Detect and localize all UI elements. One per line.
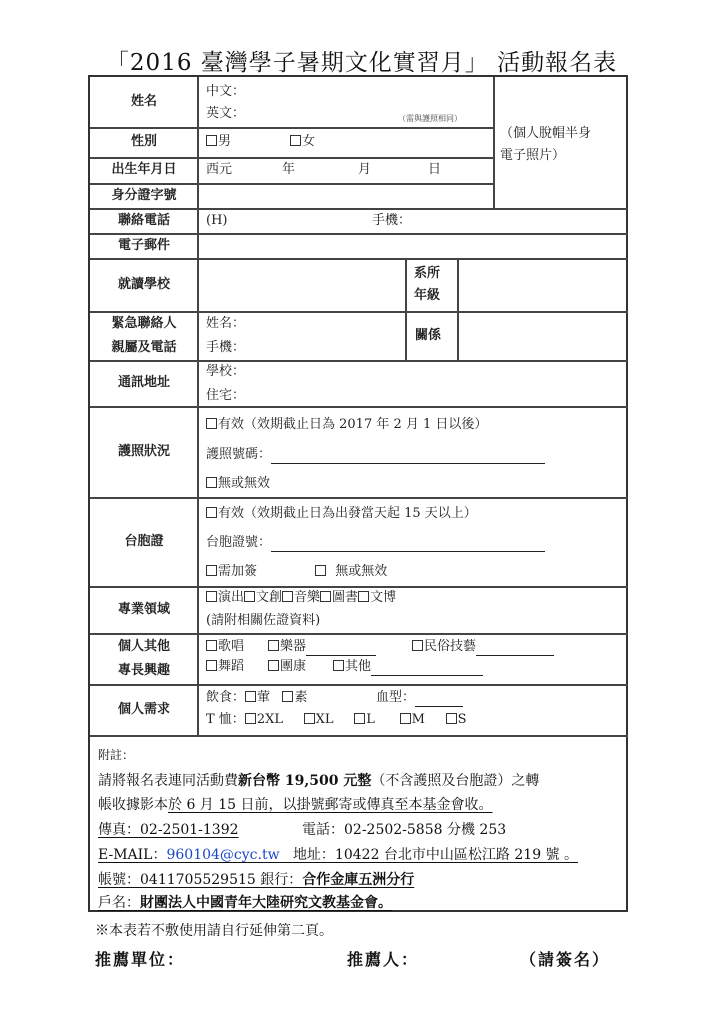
option-label: 樂器 xyxy=(280,639,306,654)
label-department-grade: 系所 年級 xyxy=(414,263,440,307)
option-label: 2XL xyxy=(257,712,283,727)
note-text: （不含護照及台胞證）之轉 xyxy=(371,773,539,789)
underline xyxy=(271,449,545,464)
option-label: 無或無效 xyxy=(335,564,387,579)
field-option-creative[interactable]: 文創 xyxy=(244,590,282,605)
hobby-folk-option[interactable]: 民俗技藝 xyxy=(412,638,554,656)
account-label: 帳號：0411705529515 銀行： xyxy=(98,872,302,888)
label-text: 專業領域 xyxy=(118,598,170,622)
label-text: 性別 xyxy=(131,130,157,154)
photo-placeholder[interactable]: （個人脫帽半身 電子照片） xyxy=(500,123,591,167)
gender-female-option[interactable]: 女 xyxy=(290,133,315,151)
checkbox[interactable] xyxy=(268,640,279,651)
department-grade-field[interactable] xyxy=(459,259,627,310)
birthdate-year[interactable]: 年 xyxy=(282,161,295,179)
option-label: XL xyxy=(316,712,334,727)
checkbox[interactable] xyxy=(446,713,457,724)
name-chinese-field[interactable]: 中文： xyxy=(206,83,245,101)
option-label: 其他 xyxy=(345,659,371,674)
field-option-library[interactable]: 圖書 xyxy=(320,590,358,605)
field-label: 台胞證號： xyxy=(206,535,271,550)
option-label: 歌唱 xyxy=(218,639,244,654)
referrer-label: 推薦人： xyxy=(347,947,419,970)
notes-line1: 請將報名表連同活動費新台幣 19,500 元整（不含護照及台胞證）之轉 xyxy=(98,771,539,791)
photo-note-line1: （個人脫帽半身 xyxy=(500,123,591,145)
label-passport: 護照狀況 xyxy=(90,406,198,497)
option-label: 文創 xyxy=(256,590,282,605)
checkbox[interactable] xyxy=(358,591,369,602)
passport-number-field[interactable]: 護照號碼： xyxy=(206,446,545,464)
label-name: 姓名 xyxy=(90,77,198,127)
label-text: 聯絡電話 xyxy=(118,209,170,233)
field-label: 血型： xyxy=(376,690,415,705)
checkbox[interactable] xyxy=(290,135,301,146)
passport-invalid-option[interactable]: 無或無效 xyxy=(206,475,270,493)
label-school: 就讀學校 xyxy=(90,258,198,311)
label-relation: 關係 xyxy=(415,327,441,345)
deadline-text: 於 6 月 15 日前，以掛號郵寄或傳真至本基金會收。 xyxy=(168,797,493,813)
label-text: 親屬及電話 xyxy=(111,336,176,360)
email-link[interactable]: 960104@cyc.tw xyxy=(166,847,279,863)
option-label: 有效（效期截止日為 2017 年 2 月 1 日以後） xyxy=(218,417,487,432)
checkbox[interactable] xyxy=(304,713,315,724)
gender-male-option[interactable]: 男 xyxy=(206,133,231,151)
label-emergency-contact: 緊急聯絡人 親屬及電話 xyxy=(90,311,198,360)
hobby-other-option[interactable]: 其他 xyxy=(333,658,483,676)
divider xyxy=(405,258,407,360)
checkbox[interactable] xyxy=(206,565,217,576)
school-field[interactable] xyxy=(199,259,404,310)
checkbox[interactable] xyxy=(206,418,217,429)
checkbox[interactable] xyxy=(282,591,293,602)
divider xyxy=(90,735,628,737)
label-birthdate: 出生年月日 xyxy=(90,157,198,183)
label-text: 年級 xyxy=(414,285,440,307)
underline xyxy=(371,661,483,676)
note-text: 請將報名表連同活動費 xyxy=(98,773,238,789)
birthdate-month[interactable]: 月 xyxy=(358,161,371,179)
option-label: 男 xyxy=(218,134,231,149)
label-phone: 聯絡電話 xyxy=(90,208,198,233)
label-text: 身分證字號 xyxy=(111,184,176,208)
checkbox[interactable] xyxy=(333,660,344,671)
emergency-name-field[interactable]: 姓名： xyxy=(206,315,245,333)
mtp-valid-option[interactable]: 有效（效期截止日為出發當天起 15 天以上） xyxy=(206,505,477,523)
underline xyxy=(476,641,554,656)
field-note: (請附相關佐證資料) xyxy=(206,612,320,630)
id-number-field[interactable] xyxy=(199,184,492,207)
checkbox[interactable] xyxy=(320,591,331,602)
label-text: 姓名 xyxy=(131,90,157,114)
bank-name: 合作金庫五洲分行 xyxy=(302,872,414,888)
extend-note: ※本表若不敷使用請自行延伸第二頁。 xyxy=(95,920,333,940)
option-label: 團康 xyxy=(280,659,306,674)
option-label: M xyxy=(412,712,425,727)
diet-meat-option[interactable]: 葷 xyxy=(245,690,270,705)
tshirt-s-option[interactable]: S xyxy=(446,712,467,727)
tshirt-m-option[interactable]: M xyxy=(400,712,425,727)
option-label: 舞蹈 xyxy=(218,659,244,674)
label-mtp: 台胞證 xyxy=(90,497,198,586)
option-label: 女 xyxy=(302,134,315,149)
checkbox[interactable] xyxy=(268,660,279,671)
checkbox[interactable] xyxy=(315,565,326,576)
underline xyxy=(415,692,463,707)
label-id-number: 身分證字號 xyxy=(90,183,198,208)
bank-account-line: 帳號：0411705529515 銀行：合作金庫五洲分行 xyxy=(98,870,414,890)
option-label: 圖書 xyxy=(332,590,358,605)
checkbox[interactable] xyxy=(206,660,217,671)
checkbox[interactable] xyxy=(245,691,256,702)
divider xyxy=(493,77,495,208)
checkbox[interactable] xyxy=(400,713,411,724)
signature-note: （請簽名） xyxy=(520,947,610,970)
mailing-address: 地址：10422 台北市中山區松江路 219 號 。 xyxy=(293,847,578,863)
notes-heading: 附註： xyxy=(98,745,134,765)
option-label: 素 xyxy=(294,690,307,705)
label-text: 護照狀況 xyxy=(118,440,170,464)
checkbox[interactable] xyxy=(282,691,293,702)
label-needs: 個人需求 xyxy=(90,684,198,735)
field-label: 護照號碼： xyxy=(206,447,271,462)
tshirt-2xl-option[interactable]: 2XL xyxy=(245,712,283,727)
emergency-mobile-field[interactable]: 手機： xyxy=(206,339,245,357)
mtp-invalid-option[interactable]: 無或無效 xyxy=(315,563,387,581)
label-text: 通訊地址 xyxy=(118,371,170,395)
holder-name: 財團法人中國青年大陸研究文教基金會。 xyxy=(140,895,392,911)
label-text: 電子郵件 xyxy=(118,234,170,258)
diet-veg-option[interactable]: 素 xyxy=(282,690,307,705)
label-text: 系所 xyxy=(414,263,440,285)
note-text: 帳收據影本 xyxy=(98,797,168,813)
field-option-performance[interactable]: 演出 xyxy=(206,590,244,605)
hobby-instrument-option[interactable]: 樂器 xyxy=(268,638,376,656)
account-holder-line: 戶名：財團法人中國青年大陸研究文教基金會。 xyxy=(98,893,392,913)
checkbox[interactable] xyxy=(354,713,365,724)
hobby-dance-option[interactable]: 舞蹈 xyxy=(206,658,244,676)
mtp-number-field[interactable]: 台胞證號： xyxy=(206,534,545,552)
mtp-endorse-option[interactable]: 需加簽 xyxy=(206,563,257,581)
label-text: 就讀學校 xyxy=(118,273,170,297)
fee-amount: 新台幣 19,500 元整 xyxy=(238,773,371,789)
field-option-museum[interactable]: 文博 xyxy=(358,590,396,605)
option-label: 民俗技藝 xyxy=(424,639,476,654)
label-text: 專長興趣 xyxy=(118,659,170,683)
phone-number: 電話：02-2502-5858 分機 253 xyxy=(302,820,506,840)
option-label: 需加簽 xyxy=(218,564,257,579)
blood-type-field[interactable]: 血型： xyxy=(376,689,463,707)
option-label: 音樂 xyxy=(294,590,320,605)
label-text: 緊急聯絡人 xyxy=(111,312,176,336)
checkbox[interactable] xyxy=(206,640,217,651)
diet-row: 飲食：葷 素 xyxy=(206,689,307,707)
address-home-field[interactable]: 住宅： xyxy=(206,387,245,405)
address-school-field[interactable]: 學校： xyxy=(206,363,245,381)
label-hobbies: 個人其他 專長興趣 xyxy=(90,633,198,684)
option-label: L xyxy=(366,712,375,727)
tshirt-row: T 恤：2XL XL L M S xyxy=(206,711,467,729)
underline xyxy=(306,641,376,656)
phone-mobile-field[interactable]: 手機： xyxy=(372,212,411,230)
option-label: 文博 xyxy=(370,590,396,605)
name-english-note: （需與護照相同） xyxy=(398,110,462,128)
email-label: E-MAIL： xyxy=(98,847,166,863)
hobby-singing-option[interactable]: 歌唱 xyxy=(206,638,244,656)
label-text: 出生年月日 xyxy=(111,158,176,182)
recommending-unit-label: 推薦單位： xyxy=(95,947,185,970)
label-email: 電子郵件 xyxy=(90,233,198,258)
label-address: 通訊地址 xyxy=(90,360,198,406)
checkbox[interactable] xyxy=(245,713,256,724)
field-option-music[interactable]: 音樂 xyxy=(282,590,320,605)
label-text: 台胞證 xyxy=(124,530,163,554)
relation-field[interactable] xyxy=(459,312,627,359)
label-field: 專業領域 xyxy=(90,586,198,633)
fax-number: 傳真：02-2501-1392 xyxy=(98,820,239,840)
option-label: 無或無效 xyxy=(218,476,270,491)
field-label: 飲食： xyxy=(206,690,245,705)
name-english-field[interactable]: 英文： xyxy=(206,105,245,123)
field-label: T 恤： xyxy=(206,712,245,727)
email-field[interactable] xyxy=(199,234,627,257)
checkbox[interactable] xyxy=(206,477,217,488)
tshirt-xl-option[interactable]: XL xyxy=(304,712,334,727)
label-text: 個人需求 xyxy=(118,698,170,722)
option-label: 有效（效期截止日為出發當天起 15 天以上） xyxy=(218,506,477,521)
label-text: 個人其他 xyxy=(118,635,170,659)
label-gender: 性別 xyxy=(90,127,198,157)
photo-note-line2: 電子照片） xyxy=(500,145,591,167)
checkbox[interactable] xyxy=(412,640,423,651)
checkbox[interactable] xyxy=(206,507,217,518)
hobby-group-option[interactable]: 團康 xyxy=(268,658,306,676)
notes-line2: 帳收據影本於 6 月 15 日前，以掛號郵寄或傳真至本基金會收。 xyxy=(98,795,493,815)
birthdate-day[interactable]: 日 xyxy=(428,161,441,179)
birthdate-era: 西元 xyxy=(206,161,232,179)
passport-valid-option[interactable]: 有效（效期截止日為 2017 年 2 月 1 日以後） xyxy=(206,416,487,434)
checkbox[interactable] xyxy=(244,591,255,602)
contact-info-line: E-MAIL：960104@cyc.tw 地址：10422 台北市中山區松江路 … xyxy=(98,845,578,865)
underline xyxy=(271,537,545,552)
tshirt-l-option[interactable]: L xyxy=(354,712,375,727)
phone-home-field[interactable]: (H) xyxy=(206,212,227,230)
option-label: 葷 xyxy=(257,690,270,705)
form-title: 「2016 臺灣學子暑期文化實習月」 活動報名表 xyxy=(0,44,723,77)
option-label: 演出 xyxy=(218,590,244,605)
registration-table: 姓名 中文： 英文： （需與護照相同） （個人脫帽半身 電子照片） 性別 男 女… xyxy=(88,75,628,912)
field-options: 演出文創音樂圖書文博 xyxy=(206,589,396,607)
holder-label: 戶名： xyxy=(98,895,140,911)
checkbox[interactable] xyxy=(206,135,217,146)
checkbox[interactable] xyxy=(206,591,217,602)
option-label: S xyxy=(458,712,467,727)
